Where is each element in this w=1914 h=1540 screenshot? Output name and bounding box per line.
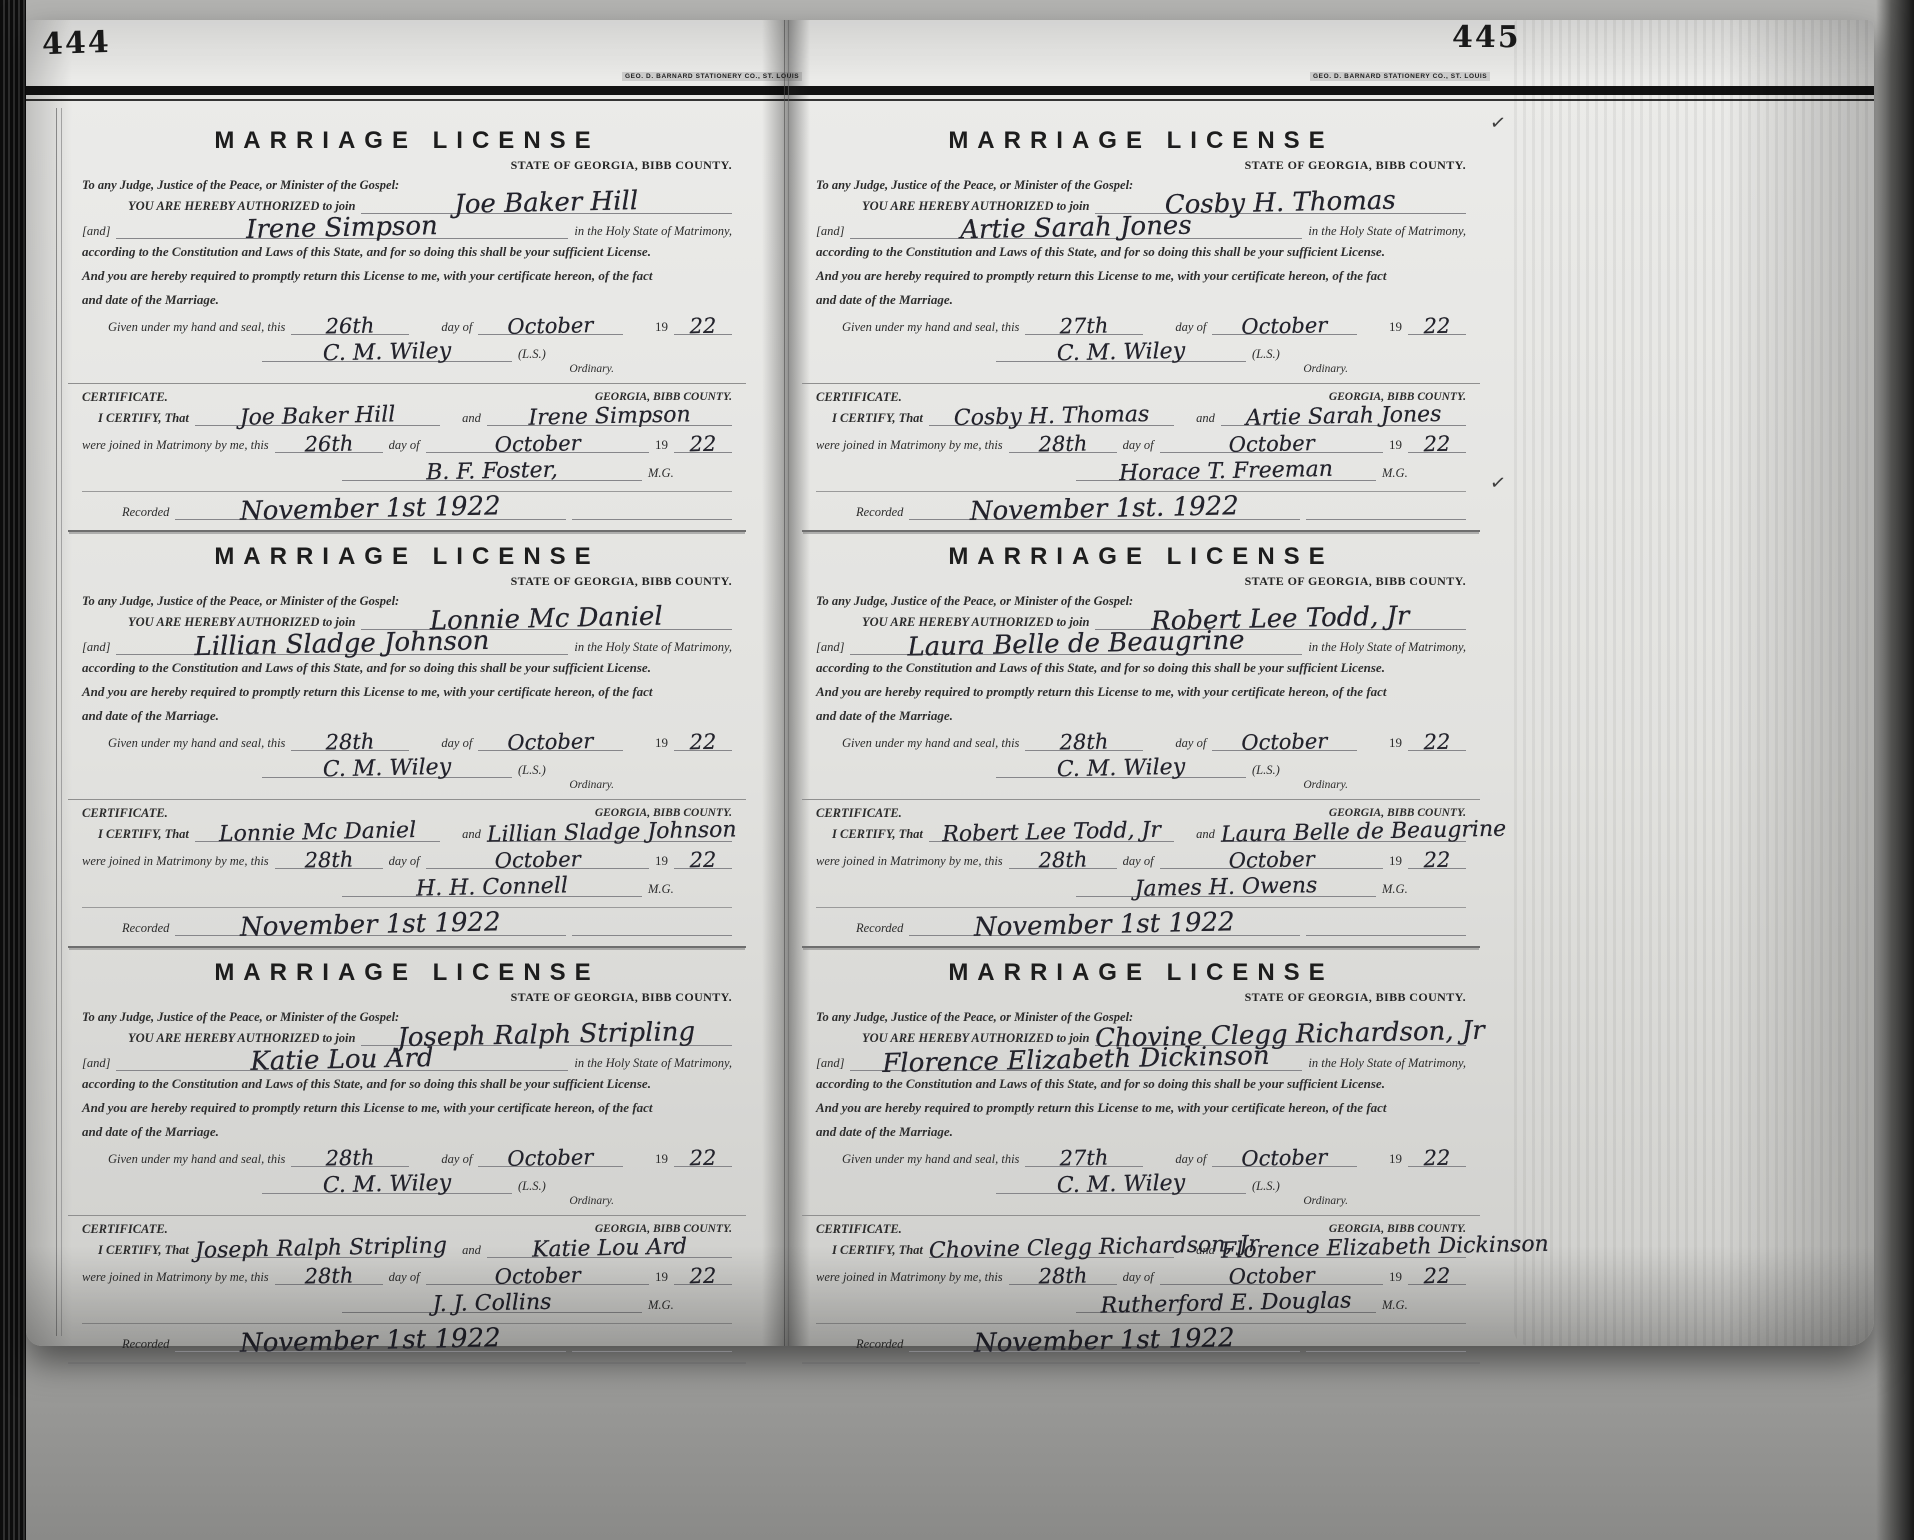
license-year-blank: 22 — [674, 731, 732, 751]
cert-groom-name: Joseph Ralph Stripling — [195, 1235, 441, 1262]
marriage-day-blank: 28th — [1009, 1265, 1117, 1285]
state-county-line: STATE OF GEORGIA, BIBB COUNTY. — [816, 990, 1466, 1004]
certificate-label: CERTIFICATE. — [82, 805, 168, 821]
marriage-license-record: MARRIAGE LICENSE STATE OF GEORGIA, BIBB … — [68, 532, 746, 948]
license-year-blank: 22 — [1408, 731, 1466, 751]
cert-bride-name: Florence Elizabeth Dickinson — [1221, 1235, 1467, 1262]
marriage-month-blank: October — [1160, 849, 1383, 869]
page-number-left: 444 — [41, 25, 111, 62]
day-of-label-2: day of — [1123, 853, 1154, 869]
license-month: October — [1212, 314, 1357, 338]
authorized-label: YOU ARE HEREBY AUTHORIZED to join — [816, 1030, 1089, 1046]
recorded-label: Recorded — [856, 504, 903, 520]
license-title: MARRIAGE LICENSE — [82, 543, 732, 571]
year-prefix: 19 — [1363, 319, 1402, 335]
year-prefix: 19 — [629, 735, 668, 751]
license-day: 28th — [291, 731, 409, 754]
officiant-signature-blank: H. H. Connell — [342, 877, 642, 897]
officiant-signature: Horace T. Freeman — [1076, 458, 1376, 486]
marriage-year-blank: 22 — [674, 849, 732, 869]
given-label: Given under my hand and seal, this — [816, 319, 1019, 335]
certificate-label: CERTIFICATE. — [816, 1221, 902, 1237]
year-prefix-2: 19 — [655, 853, 668, 869]
center-gutter-line — [784, 20, 789, 1346]
year-prefix-2: 19 — [1389, 437, 1402, 453]
section-divider — [802, 383, 1480, 384]
ordinary-signature-blank: C. M. Wiley — [262, 758, 512, 778]
marriage-year: 22 — [1408, 1265, 1466, 1287]
marriage-year: 22 — [1408, 433, 1466, 455]
year-prefix-2: 19 — [655, 437, 668, 453]
certificate-label: CERTIFICATE. — [82, 389, 168, 405]
certificate-label: CERTIFICATE. — [816, 389, 902, 405]
recorded-date-blank: November 1st. 1922 — [909, 500, 1300, 520]
license-year-blank: 22 — [674, 1147, 732, 1167]
given-label: Given under my hand and seal, this — [82, 735, 285, 751]
marriage-year-blank: 22 — [1408, 849, 1466, 869]
check-mark: ✓ — [1489, 471, 1508, 495]
license-body-line-3: and date of the Marriage. — [82, 289, 732, 311]
recorded-row: Recorded November 1st 1922 — [82, 1323, 732, 1362]
officiant-signature-blank: B. F. Foster, — [342, 461, 642, 481]
marriage-day-blank: 26th — [275, 433, 383, 453]
ls-label: (L.S.) — [1252, 1178, 1280, 1194]
officiant-signature-blank: Rutherford E. Douglas — [1076, 1293, 1376, 1313]
certificate-label: CERTIFICATE. — [816, 805, 902, 821]
recorded-label: Recorded — [122, 504, 169, 520]
day-of-label: day of — [1149, 319, 1206, 335]
cert-groom-blank: Lonnie Mc Daniel — [195, 822, 440, 842]
marriage-license-record: MARRIAGE LICENSE STATE OF GEORGIA, BIBB … — [68, 116, 746, 532]
license-day: 28th — [1025, 731, 1143, 754]
cert-bride-name: Laura Belle de Beaugrine — [1221, 819, 1467, 846]
license-body-line-2: And you are hereby required to promptly … — [82, 1097, 732, 1119]
ls-label: (L.S.) — [518, 346, 546, 362]
license-day-blank: 28th — [291, 1147, 409, 1167]
license-month: October — [478, 730, 623, 754]
bride-name-blank: Irene Simpson — [116, 219, 568, 239]
officiant-title-label: M.G. — [648, 465, 674, 481]
license-month-blank: October — [1212, 1147, 1357, 1167]
recorded-date: November 1st. 1922 — [909, 492, 1300, 526]
recorded-date-blank: November 1st 1922 — [909, 1332, 1300, 1352]
left-margin-rule — [56, 108, 62, 1336]
joined-label: were joined in Matrimony by me, this — [82, 1269, 269, 1285]
authorized-label: YOU ARE HEREBY AUTHORIZED to join — [82, 198, 355, 214]
license-day-blank: 27th — [1025, 1147, 1143, 1167]
marriage-year: 22 — [674, 1265, 732, 1287]
license-month-blank: October — [1212, 315, 1357, 335]
and-word-label: and — [1180, 410, 1215, 426]
cert-groom-blank: Joe Baker Hill — [195, 406, 440, 426]
recorded-row: Recorded November 1st 1922 — [816, 907, 1466, 946]
recorded-label: Recorded — [122, 920, 169, 936]
given-label: Given under my hand and seal, this — [82, 319, 285, 335]
license-year-blank: 22 — [1408, 1147, 1466, 1167]
bride-name-blank: Lillian Sladge Johnson — [116, 635, 568, 655]
header-rule-thick — [26, 86, 1874, 95]
officiant-signature: J. J. Collins — [342, 1290, 642, 1318]
officiant-signature: James H. Owens — [1076, 874, 1376, 902]
ordinary-title-label: Ordinary. — [816, 363, 1466, 376]
and-word-label: and — [446, 826, 481, 842]
cert-groom-name: Chovine Clegg Richardson, Jr — [929, 1235, 1175, 1262]
given-label: Given under my hand and seal, this — [816, 1151, 1019, 1167]
ordinary-signature-blank: C. M. Wiley — [996, 1174, 1246, 1194]
matrimony-label: in the Holy State of Matrimony, — [1308, 1055, 1466, 1071]
marriage-day: 28th — [274, 849, 382, 872]
recorded-row: Recorded November 1st 1922 — [82, 907, 732, 946]
license-body-line-3: and date of the Marriage. — [816, 705, 1466, 727]
day-of-label: day of — [1149, 735, 1206, 751]
marriage-day-blank: 28th — [275, 1265, 383, 1285]
day-of-label: day of — [415, 319, 472, 335]
license-title: MARRIAGE LICENSE — [816, 959, 1466, 987]
marriage-month: October — [425, 848, 649, 874]
certify-label: I CERTIFY, That — [816, 1242, 923, 1258]
marriage-day-blank: 28th — [1009, 849, 1117, 869]
officiant-signature-blank: Horace T. Freeman — [1076, 461, 1376, 481]
license-day-blank: 28th — [291, 731, 409, 751]
license-month-blank: October — [478, 315, 623, 335]
given-label: Given under my hand and seal, this — [82, 1151, 285, 1167]
marriage-day: 28th — [1008, 433, 1116, 456]
recorded-trailing-blank — [572, 1332, 732, 1352]
authorized-label: YOU ARE HEREBY AUTHORIZED to join — [82, 1030, 355, 1046]
marriage-month-blank: October — [1160, 433, 1383, 453]
marriage-day: 28th — [274, 1265, 382, 1288]
joined-label: were joined in Matrimony by me, this — [816, 437, 1003, 453]
stationer-imprint-right: GEO. D. BARNARD STATIONERY CO., ST. LOUI… — [1310, 72, 1490, 81]
recorded-row: Recorded November 1st 1922 — [82, 491, 732, 530]
recorded-date-blank: November 1st 1922 — [175, 500, 566, 520]
section-divider — [68, 1215, 746, 1216]
license-day-blank: 26th — [291, 315, 409, 335]
license-year: 22 — [674, 315, 732, 337]
ordinary-title-label: Ordinary. — [816, 1195, 1466, 1208]
license-month-blank: October — [478, 731, 623, 751]
license-year: 22 — [1408, 315, 1466, 337]
ordinary-signature-blank: C. M. Wiley — [996, 342, 1246, 362]
cert-bride-name: Katie Lou Ard — [487, 1235, 733, 1262]
marriage-day: 28th — [1008, 1265, 1116, 1288]
ordinary-title-label: Ordinary. — [82, 779, 732, 792]
recorded-trailing-blank — [572, 916, 732, 936]
license-year: 22 — [674, 731, 732, 753]
officiant-title-label: M.G. — [648, 1297, 674, 1313]
license-year: 22 — [674, 1147, 732, 1169]
authorized-label: YOU ARE HEREBY AUTHORIZED to join — [82, 614, 355, 630]
ordinary-title-label: Ordinary. — [82, 1195, 732, 1208]
given-label: Given under my hand and seal, this — [816, 735, 1019, 751]
addressee-line: To any Judge, Justice of the Peace, or M… — [82, 593, 399, 609]
recorded-date: November 1st 1922 — [175, 908, 566, 942]
recorded-date-blank: November 1st 1922 — [175, 916, 566, 936]
recorded-date-blank: November 1st 1922 — [175, 1332, 566, 1352]
page-right-records: MARRIAGE LICENSE STATE OF GEORGIA, BIBB … — [802, 116, 1480, 1364]
and-bracket-label: [and] — [816, 639, 844, 655]
cert-groom-blank: Cosby H. Thomas — [929, 406, 1174, 426]
register-page-spread: 444 445 GEO. D. BARNARD STATIONERY CO., … — [26, 20, 1874, 1346]
day-of-label: day of — [1149, 1151, 1206, 1167]
officiant-signature: H. H. Connell — [342, 874, 642, 902]
license-body-line-3: and date of the Marriage. — [82, 705, 732, 727]
marriage-day-blank: 28th — [1009, 433, 1117, 453]
license-body-line-2: And you are hereby required to promptly … — [816, 265, 1466, 287]
addressee-line: To any Judge, Justice of the Peace, or M… — [816, 1009, 1133, 1025]
license-month-blank: October — [1212, 731, 1357, 751]
addressee-line: To any Judge, Justice of the Peace, or M… — [816, 593, 1133, 609]
marriage-year-blank: 22 — [1408, 433, 1466, 453]
state-county-line: STATE OF GEORGIA, BIBB COUNTY. — [816, 574, 1466, 588]
and-bracket-label: [and] — [816, 1055, 844, 1071]
license-day-blank: 28th — [1025, 731, 1143, 751]
license-year: 22 — [1408, 731, 1466, 753]
joined-label: were joined in Matrimony by me, this — [816, 853, 1003, 869]
license-title: MARRIAGE LICENSE — [816, 543, 1466, 571]
marriage-year-blank: 22 — [674, 433, 732, 453]
marriage-month-blank: October — [426, 433, 649, 453]
license-day-blank: 27th — [1025, 315, 1143, 335]
license-day: 26th — [291, 315, 409, 338]
and-word-label: and — [1180, 826, 1215, 842]
marriage-year-blank: 22 — [674, 1265, 732, 1285]
recorded-label: Recorded — [122, 1336, 169, 1352]
license-day: 27th — [1025, 315, 1143, 338]
license-title: MARRIAGE LICENSE — [816, 127, 1466, 155]
marriage-license-record: MARRIAGE LICENSE STATE OF GEORGIA, BIBB … — [802, 532, 1480, 948]
license-body-line-2: And you are hereby required to promptly … — [816, 681, 1466, 703]
addressee-line: To any Judge, Justice of the Peace, or M… — [816, 177, 1133, 193]
recorded-date: November 1st 1922 — [909, 1324, 1300, 1358]
year-prefix: 19 — [629, 1151, 668, 1167]
year-prefix: 19 — [629, 319, 668, 335]
marriage-month-blank: October — [426, 1265, 649, 1285]
ordinary-signature-blank: C. M. Wiley — [262, 342, 512, 362]
license-month: October — [478, 1146, 623, 1170]
license-title: MARRIAGE LICENSE — [82, 959, 732, 987]
section-divider — [68, 799, 746, 800]
bride-name-blank: Laura Belle de Beaugrine — [850, 635, 1302, 655]
license-year-blank: 22 — [1408, 315, 1466, 335]
ordinary-signature-blank: C. M. Wiley — [996, 758, 1246, 778]
marriage-day: 28th — [1008, 849, 1116, 872]
day-of-label-2: day of — [389, 437, 420, 453]
marriage-year-blank: 22 — [1408, 1265, 1466, 1285]
certify-label: I CERTIFY, That — [82, 410, 189, 426]
joined-label: were joined in Matrimony by me, this — [82, 437, 269, 453]
license-month-blank: October — [478, 1147, 623, 1167]
officiant-title-label: M.G. — [1382, 881, 1408, 897]
cert-bride-name: Lillian Sladge Johnson — [487, 819, 733, 846]
cert-bride-blank: Katie Lou Ard — [487, 1238, 732, 1258]
state-county-line: STATE OF GEORGIA, BIBB COUNTY. — [816, 158, 1466, 172]
and-bracket-label: [and] — [82, 223, 110, 239]
cert-bride-name: Irene Simpson — [487, 403, 733, 430]
recorded-row: Recorded November 1st. 1922 — [816, 491, 1466, 530]
page-number-right: 445 — [1452, 20, 1521, 55]
cert-groom-blank: Joseph Ralph Stripling — [195, 1238, 440, 1258]
license-year-blank: 22 — [674, 315, 732, 335]
matrimony-label: in the Holy State of Matrimony, — [574, 1055, 732, 1071]
ls-label: (L.S.) — [1252, 762, 1280, 778]
cert-bride-blank: Irene Simpson — [487, 406, 732, 426]
officiant-title-label: M.G. — [1382, 465, 1408, 481]
joined-label: were joined in Matrimony by me, this — [816, 1269, 1003, 1285]
recorded-trailing-blank — [1306, 500, 1466, 520]
cert-bride-blank: Florence Elizabeth Dickinson — [1221, 1238, 1466, 1258]
license-day: 27th — [1025, 1147, 1143, 1170]
authorized-label: YOU ARE HEREBY AUTHORIZED to join — [816, 614, 1089, 630]
ordinary-title-label: Ordinary. — [816, 779, 1466, 792]
section-divider — [802, 799, 1480, 800]
marriage-month-blank: October — [1160, 1265, 1383, 1285]
cert-bride-blank: Lillian Sladge Johnson — [487, 822, 732, 842]
cert-groom-name: Robert Lee Todd, Jr — [929, 819, 1175, 846]
state-county-line: STATE OF GEORGIA, BIBB COUNTY. — [82, 574, 732, 588]
recorded-trailing-blank — [572, 500, 732, 520]
day-of-label-2: day of — [1123, 1269, 1154, 1285]
recorded-label: Recorded — [856, 920, 903, 936]
certify-label: I CERTIFY, That — [82, 1242, 189, 1258]
ordinary-title-label: Ordinary. — [82, 363, 732, 376]
officiant-signature-blank: J. J. Collins — [342, 1293, 642, 1313]
matrimony-label: in the Holy State of Matrimony, — [1308, 223, 1466, 239]
officiant-signature: B. F. Foster, — [342, 458, 642, 486]
officiant-signature: Rutherford E. Douglas — [1076, 1290, 1376, 1318]
and-word-label: and — [446, 1242, 481, 1258]
cert-bride-name: Artie Sarah Jones — [1221, 403, 1467, 430]
cert-bride-blank: Artie Sarah Jones — [1221, 406, 1466, 426]
day-of-label: day of — [415, 1151, 472, 1167]
officiant-signature-blank: James H. Owens — [1076, 877, 1376, 897]
recorded-trailing-blank — [1306, 916, 1466, 936]
license-month: October — [478, 314, 623, 338]
header-rule-thin — [26, 99, 1874, 101]
license-body-line-3: and date of the Marriage. — [816, 289, 1466, 311]
matrimony-label: in the Holy State of Matrimony, — [574, 639, 732, 655]
license-day: 28th — [291, 1147, 409, 1170]
day-of-label-2: day of — [389, 853, 420, 869]
ls-label: (L.S.) — [518, 762, 546, 778]
state-county-line: STATE OF GEORGIA, BIBB COUNTY. — [82, 990, 732, 1004]
and-bracket-label: [and] — [82, 1055, 110, 1071]
and-bracket-label: [and] — [816, 223, 844, 239]
recorded-date: November 1st 1922 — [175, 1324, 566, 1358]
bride-name-blank: Florence Elizabeth Dickinson — [850, 1051, 1302, 1071]
certify-label: I CERTIFY, That — [816, 826, 923, 842]
recorded-label: Recorded — [856, 1336, 903, 1352]
marriage-day: 26th — [274, 433, 382, 456]
marriage-year: 22 — [1408, 849, 1466, 871]
page-curl-texture — [1514, 20, 1874, 1346]
matrimony-label: in the Holy State of Matrimony, — [574, 223, 732, 239]
state-county-line: STATE OF GEORGIA, BIBB COUNTY. — [82, 158, 732, 172]
day-of-label: day of — [415, 735, 472, 751]
certify-label: I CERTIFY, That — [816, 410, 923, 426]
addressee-line: To any Judge, Justice of the Peace, or M… — [82, 1009, 399, 1025]
page-left-records: MARRIAGE LICENSE STATE OF GEORGIA, BIBB … — [68, 116, 746, 1364]
license-body-line-3: and date of the Marriage. — [82, 1121, 732, 1143]
marriage-month: October — [1159, 432, 1383, 458]
certify-label: I CERTIFY, That — [82, 826, 189, 842]
marriage-license-record: MARRIAGE LICENSE STATE OF GEORGIA, BIBB … — [802, 116, 1480, 532]
marriage-month: October — [425, 1264, 649, 1290]
license-body-line-2: And you are hereby required to promptly … — [816, 1097, 1466, 1119]
officiant-title-label: M.G. — [1382, 1297, 1408, 1313]
ordinary-signature-blank: C. M. Wiley — [262, 1174, 512, 1194]
cert-groom-name: Lonnie Mc Daniel — [195, 819, 441, 846]
marriage-year: 22 — [674, 849, 732, 871]
marriage-month-blank: October — [426, 849, 649, 869]
section-divider — [802, 1215, 1480, 1216]
license-body-line-3: and date of the Marriage. — [816, 1121, 1466, 1143]
and-bracket-label: [and] — [82, 639, 110, 655]
marriage-month: October — [1159, 848, 1383, 874]
marriage-day-blank: 28th — [275, 849, 383, 869]
book-page-edge-right — [1876, 0, 1914, 1540]
cert-groom-name: Cosby H. Thomas — [929, 403, 1175, 430]
joined-label: were joined in Matrimony by me, this — [82, 853, 269, 869]
marriage-month: October — [425, 432, 649, 458]
bride-name-blank: Katie Lou Ard — [116, 1051, 568, 1071]
cert-groom-blank: Robert Lee Todd, Jr — [929, 822, 1174, 842]
license-body-line-2: And you are hereby required to promptly … — [82, 265, 732, 287]
day-of-label-2: day of — [389, 1269, 420, 1285]
cert-groom-name: Joe Baker Hill — [195, 403, 441, 430]
marriage-license-record: MARRIAGE LICENSE STATE OF GEORGIA, BIBB … — [68, 948, 746, 1364]
cert-groom-blank: Chovine Clegg Richardson, Jr — [929, 1238, 1174, 1258]
certificate-label: CERTIFICATE. — [82, 1221, 168, 1237]
year-prefix-2: 19 — [655, 1269, 668, 1285]
recorded-date-blank: November 1st 1922 — [909, 916, 1300, 936]
year-prefix: 19 — [1363, 735, 1402, 751]
addressee-line: To any Judge, Justice of the Peace, or M… — [82, 177, 399, 193]
and-word-label: and — [446, 410, 481, 426]
book-binding-edge-left — [0, 0, 26, 1540]
matrimony-label: in the Holy State of Matrimony, — [1308, 639, 1466, 655]
authorized-label: YOU ARE HEREBY AUTHORIZED to join — [816, 198, 1089, 214]
year-prefix: 19 — [1363, 1151, 1402, 1167]
marriage-license-record: MARRIAGE LICENSE STATE OF GEORGIA, BIBB … — [802, 948, 1480, 1364]
marriage-year: 22 — [674, 433, 732, 455]
year-prefix-2: 19 — [1389, 1269, 1402, 1285]
license-body-line-2: And you are hereby required to promptly … — [82, 681, 732, 703]
license-year: 22 — [1408, 1147, 1466, 1169]
check-mark: ✓ — [1489, 111, 1508, 135]
officiant-title-label: M.G. — [648, 881, 674, 897]
ls-label: (L.S.) — [518, 1178, 546, 1194]
ls-label: (L.S.) — [1252, 346, 1280, 362]
year-prefix-2: 19 — [1389, 853, 1402, 869]
scanned-register-spread: 444 445 GEO. D. BARNARD STATIONERY CO., … — [0, 0, 1914, 1540]
recorded-date: November 1st 1922 — [909, 908, 1300, 942]
recorded-row: Recorded November 1st 1922 — [816, 1323, 1466, 1362]
recorded-trailing-blank — [1306, 1332, 1466, 1352]
cert-bride-blank: Laura Belle de Beaugrine — [1221, 822, 1466, 842]
section-divider — [68, 383, 746, 384]
marriage-month: October — [1159, 1264, 1383, 1290]
bride-name-blank: Artie Sarah Jones — [850, 219, 1302, 239]
recorded-date: November 1st 1922 — [175, 492, 566, 526]
day-of-label-2: day of — [1123, 437, 1154, 453]
license-month: October — [1212, 730, 1357, 754]
license-title: MARRIAGE LICENSE — [82, 127, 732, 155]
license-month: October — [1212, 1146, 1357, 1170]
